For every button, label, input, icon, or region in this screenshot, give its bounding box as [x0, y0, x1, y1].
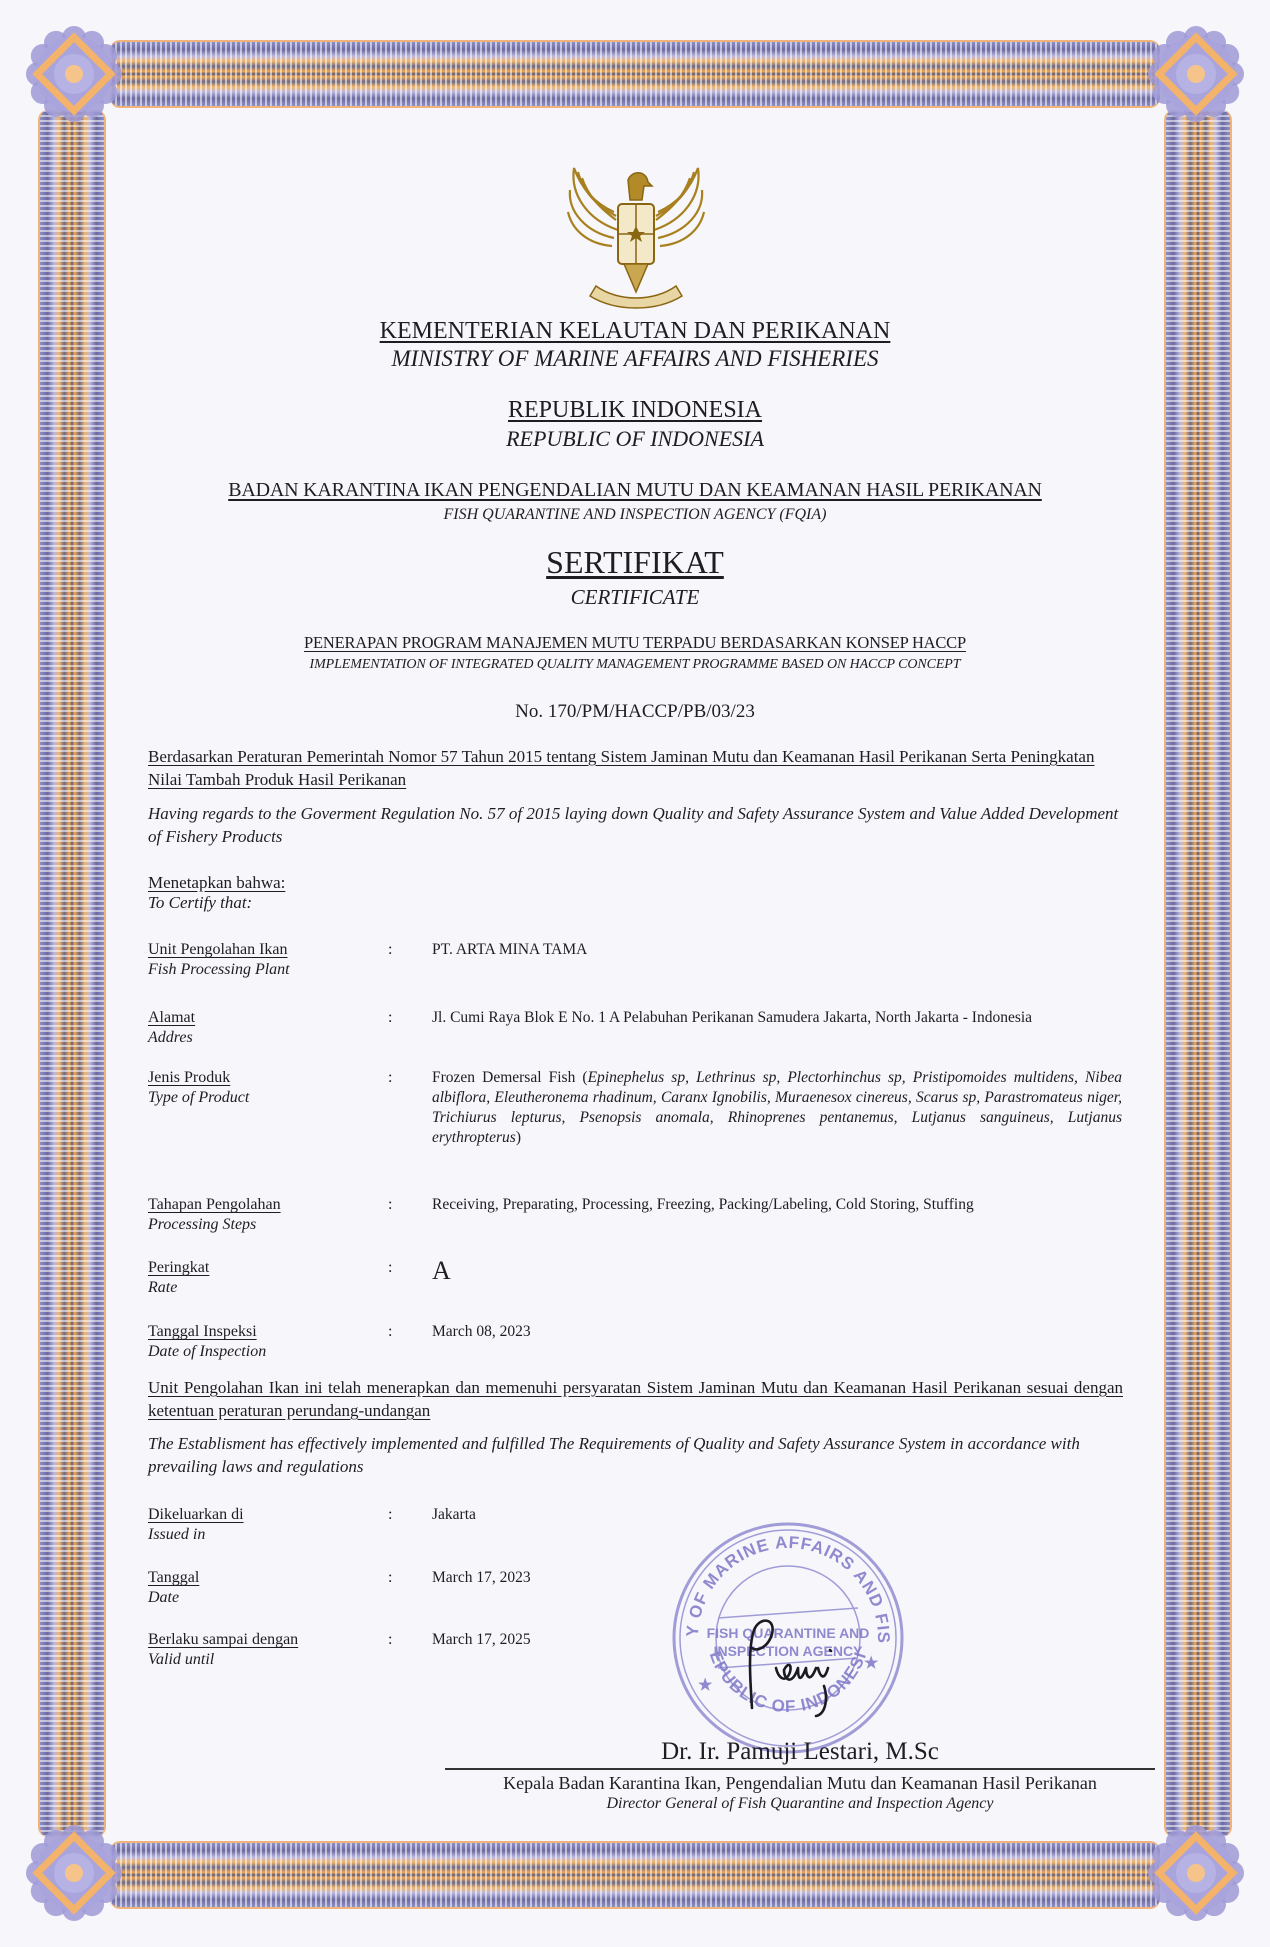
garuda-emblem-icon: [548, 160, 724, 320]
stamp-inner-line2: INSPECTION AGENCY: [714, 1643, 863, 1659]
colon: :: [388, 1195, 392, 1215]
colon: :: [388, 1322, 392, 1342]
signatory-title: Kepala Badan Karantina Ikan, Pengendalia…: [430, 1772, 1170, 1794]
ministry-name: KEMENTERIAN KELAUTAN DAN PERIKANAN: [140, 317, 1130, 345]
svg-text:★: ★: [698, 1677, 713, 1694]
field-value: Frozen Demersal Fish (Epinephelus sp, Le…: [432, 1068, 1122, 1148]
field-label: Tanggal Inspeksi: [148, 1323, 257, 1340]
border-top: [110, 40, 1160, 108]
field-label: Dikeluarkan di: [148, 1506, 244, 1523]
border-right: [1164, 110, 1232, 1837]
corner-rosette-icon: [26, 1825, 122, 1921]
ministry-name-en: MINISTRY OF MARINE AFFAIRS AND FISHERIES: [140, 345, 1130, 373]
signature-line: [445, 1768, 1155, 1770]
field-label: Tanggal: [148, 1569, 199, 1586]
republic-name: REPUBLIK INDONESIA: [140, 396, 1130, 424]
colon: :: [388, 1008, 392, 1028]
field-label-en: Type of Product: [148, 1088, 363, 1108]
colon: :: [388, 1630, 392, 1650]
agency-name: BADAN KARANTINA IKAN PENGENDALIAN MUTU D…: [140, 478, 1130, 502]
republic-name-en: REPUBLIC OF INDONESIA: [140, 425, 1130, 453]
compliance-statement-en: The Establisment has effectively impleme…: [148, 1432, 1123, 1478]
field-label-en: Date: [148, 1588, 363, 1608]
program-title-en: IMPLEMENTATION OF INTEGRATED QUALITY MAN…: [140, 655, 1130, 675]
colon: :: [388, 1258, 392, 1278]
certificate-title: SERTIFIKAT: [140, 543, 1130, 581]
corner-rosette-icon: [1148, 26, 1244, 122]
field-label-en: Fish Processing Plant: [148, 960, 363, 980]
svg-text:★: ★: [864, 1655, 879, 1672]
field-value: PT. ARTA MINA TAMA: [432, 940, 1122, 960]
border-bottom: [110, 1841, 1160, 1909]
field-value: March 08, 2023: [432, 1322, 1122, 1342]
field-label-en: Date of Inspection: [148, 1342, 363, 1362]
certify-label: Menetapkan bahwa:: [148, 873, 285, 892]
compliance-statement: Unit Pengolahan Ikan ini telah menerapka…: [148, 1376, 1123, 1422]
field-label: Peringkat: [148, 1259, 209, 1276]
corner-rosette-icon: [26, 26, 122, 122]
border-left: [38, 110, 106, 1837]
field-label: Tahapan Pengolahan: [148, 1196, 281, 1213]
legal-basis-en: Having regards to the Goverment Regulati…: [148, 802, 1123, 848]
field-label-en: Processing Steps: [148, 1215, 363, 1235]
field-label: Alamat: [148, 1009, 195, 1026]
certify-label-en: To Certify that:: [148, 893, 252, 912]
field-label-en: Addres: [148, 1028, 363, 1048]
program-title: PENERAPAN PROGRAM MANAJEMEN MUTU TERPADU…: [140, 632, 1130, 654]
stamp-inner-line1: FISH QUARANTINE AND: [707, 1625, 870, 1641]
signatory-name: Dr. Ir. Pamuji Lestari, M.Sc: [440, 1737, 1160, 1767]
product-suffix: ): [516, 1129, 521, 1146]
colon: :: [388, 1505, 392, 1525]
certify-heading: Menetapkan bahwa: To Certify that:: [148, 873, 285, 913]
colon: :: [388, 1068, 392, 1088]
colon: :: [388, 1568, 392, 1588]
field-value: Receiving, Preparating, Processing, Free…: [432, 1195, 1122, 1215]
field-label: Unit Pengolahan Ikan: [148, 941, 288, 958]
official-stamp-icon: MINISTRY OF MARINE AFFAIRS AND FISHERIES…: [668, 1518, 908, 1758]
agency-name-en: FISH QUARANTINE AND INSPECTION AGENCY (F…: [140, 504, 1130, 526]
field-value: March 17, 2025: [432, 1630, 632, 1650]
product-name: Frozen Demersal Fish (: [432, 1069, 588, 1086]
field-value: Jakarta: [432, 1505, 632, 1525]
field-label: Jenis Produk: [148, 1069, 230, 1086]
field-label-en: Rate: [148, 1278, 363, 1298]
field-label-en: Valid until: [148, 1650, 363, 1670]
colon: :: [388, 940, 392, 960]
field-label: Berlaku sampai dengan: [148, 1631, 298, 1648]
certificate-title-en: CERTIFICATE: [140, 584, 1130, 610]
corner-rosette-icon: [1148, 1825, 1244, 1921]
field-value: A: [432, 1258, 1122, 1284]
signatory-title-en: Director General of Fish Quarantine and …: [430, 1794, 1170, 1814]
field-value: Jl. Cumi Raya Blok E No. 1 A Pelabuhan P…: [432, 1008, 1122, 1028]
field-label-en: Issued in: [148, 1525, 363, 1545]
certificate-number: No. 170/PM/HACCP/PB/03/23: [140, 700, 1130, 724]
legal-basis: Berdasarkan Peraturan Pemerintah Nomor 5…: [148, 745, 1123, 791]
field-value: March 17, 2023: [432, 1568, 632, 1588]
